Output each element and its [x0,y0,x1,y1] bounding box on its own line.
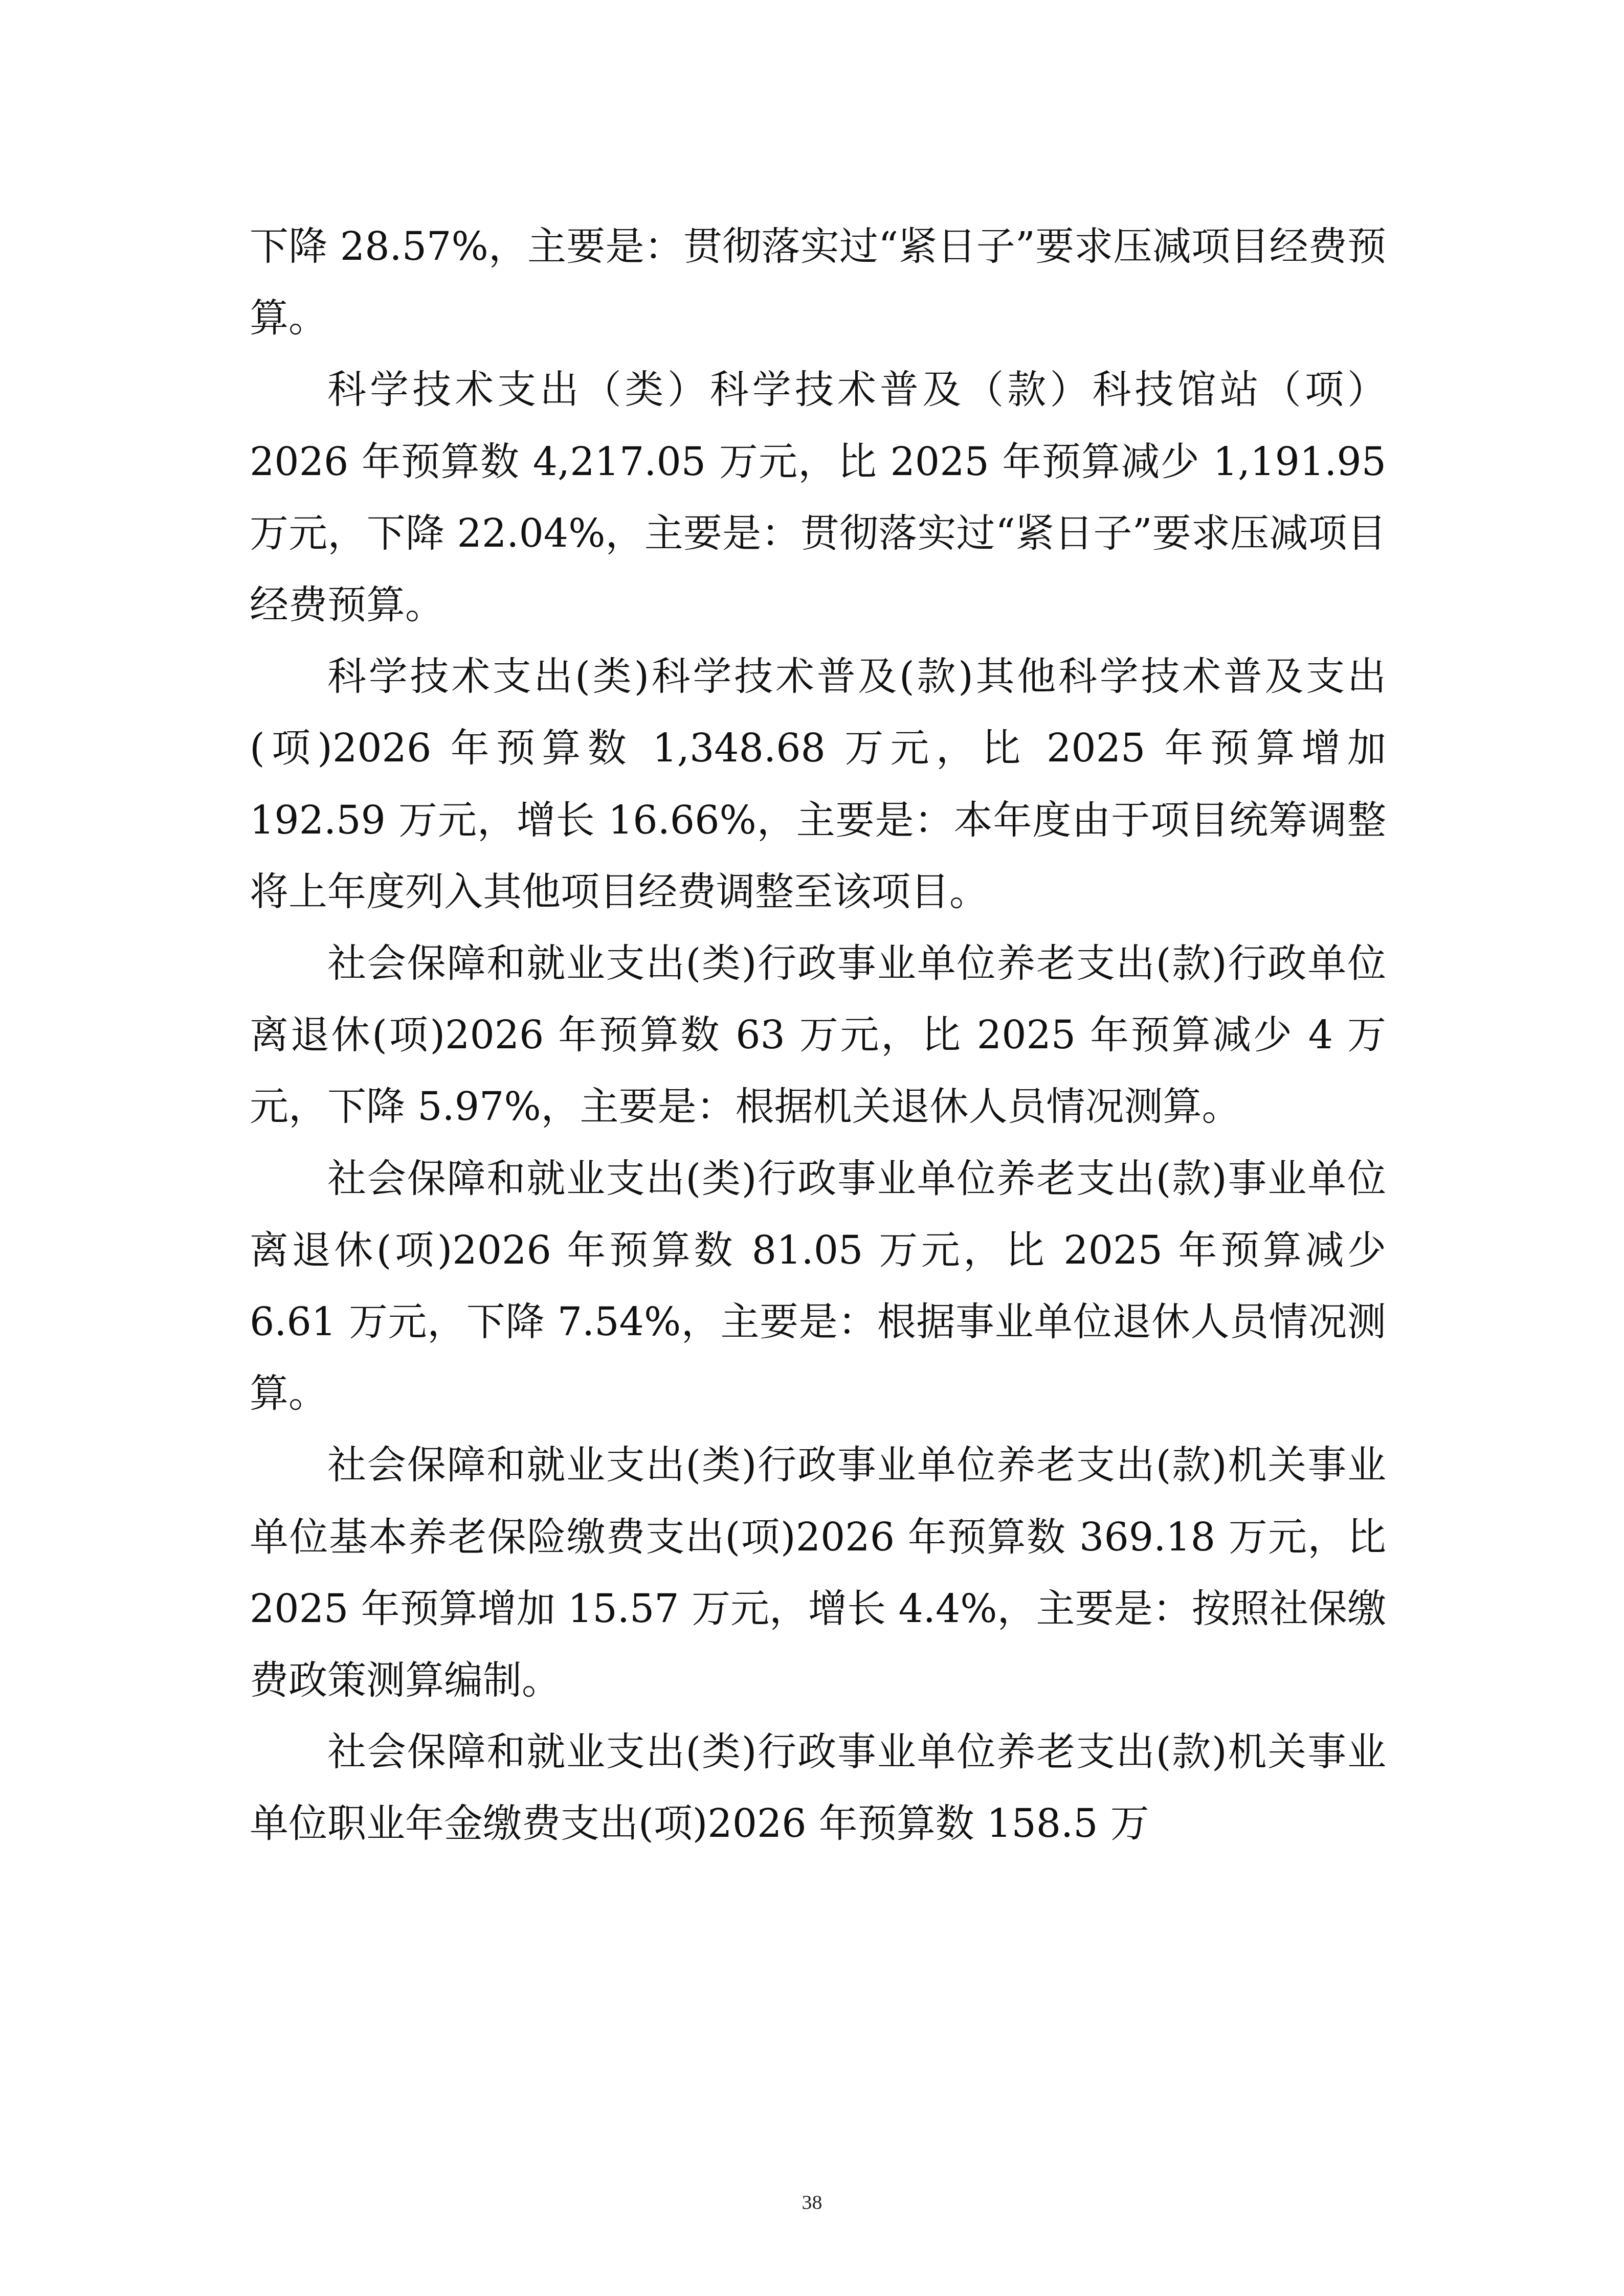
paragraph-administrative-retirement: 社会保障和就业支出(类)行政事业单位养老支出(款)行政单位离退休(项)2026 … [250,928,1386,1143]
paragraph-continuation-project-funding: 下降 28.57%，主要是：贯彻落实过“紧日子”要求压减项目经费预算。 [250,211,1386,354]
paragraph-science-museum-stations: 科学技术支出（类）科学技术普及（款）科技馆站（项）2026 年预算数 4,217… [250,354,1386,641]
paragraph-other-science-popularization: 科学技术支出(类)科学技术普及(款)其他科学技术普及支出(项)2026 年预算数… [250,641,1386,928]
paragraph-basic-pension-insurance: 社会保障和就业支出(类)行政事业单位养老支出(款)机关事业单位基本养老保险缴费支… [250,1429,1386,1716]
page-number: 38 [0,2190,1624,2214]
paragraph-institution-retirement: 社会保障和就业支出(类)行政事业单位养老支出(款)事业单位离退休(项)2026 … [250,1143,1386,1430]
document-body: 下降 28.57%，主要是：贯彻落实过“紧日子”要求压减项目经费预算。 科学技术… [250,211,1386,1860]
paragraph-occupational-annuity: 社会保障和就业支出(类)行政事业单位养老支出(款)机关事业单位职业年金缴费支出(… [250,1716,1386,1859]
